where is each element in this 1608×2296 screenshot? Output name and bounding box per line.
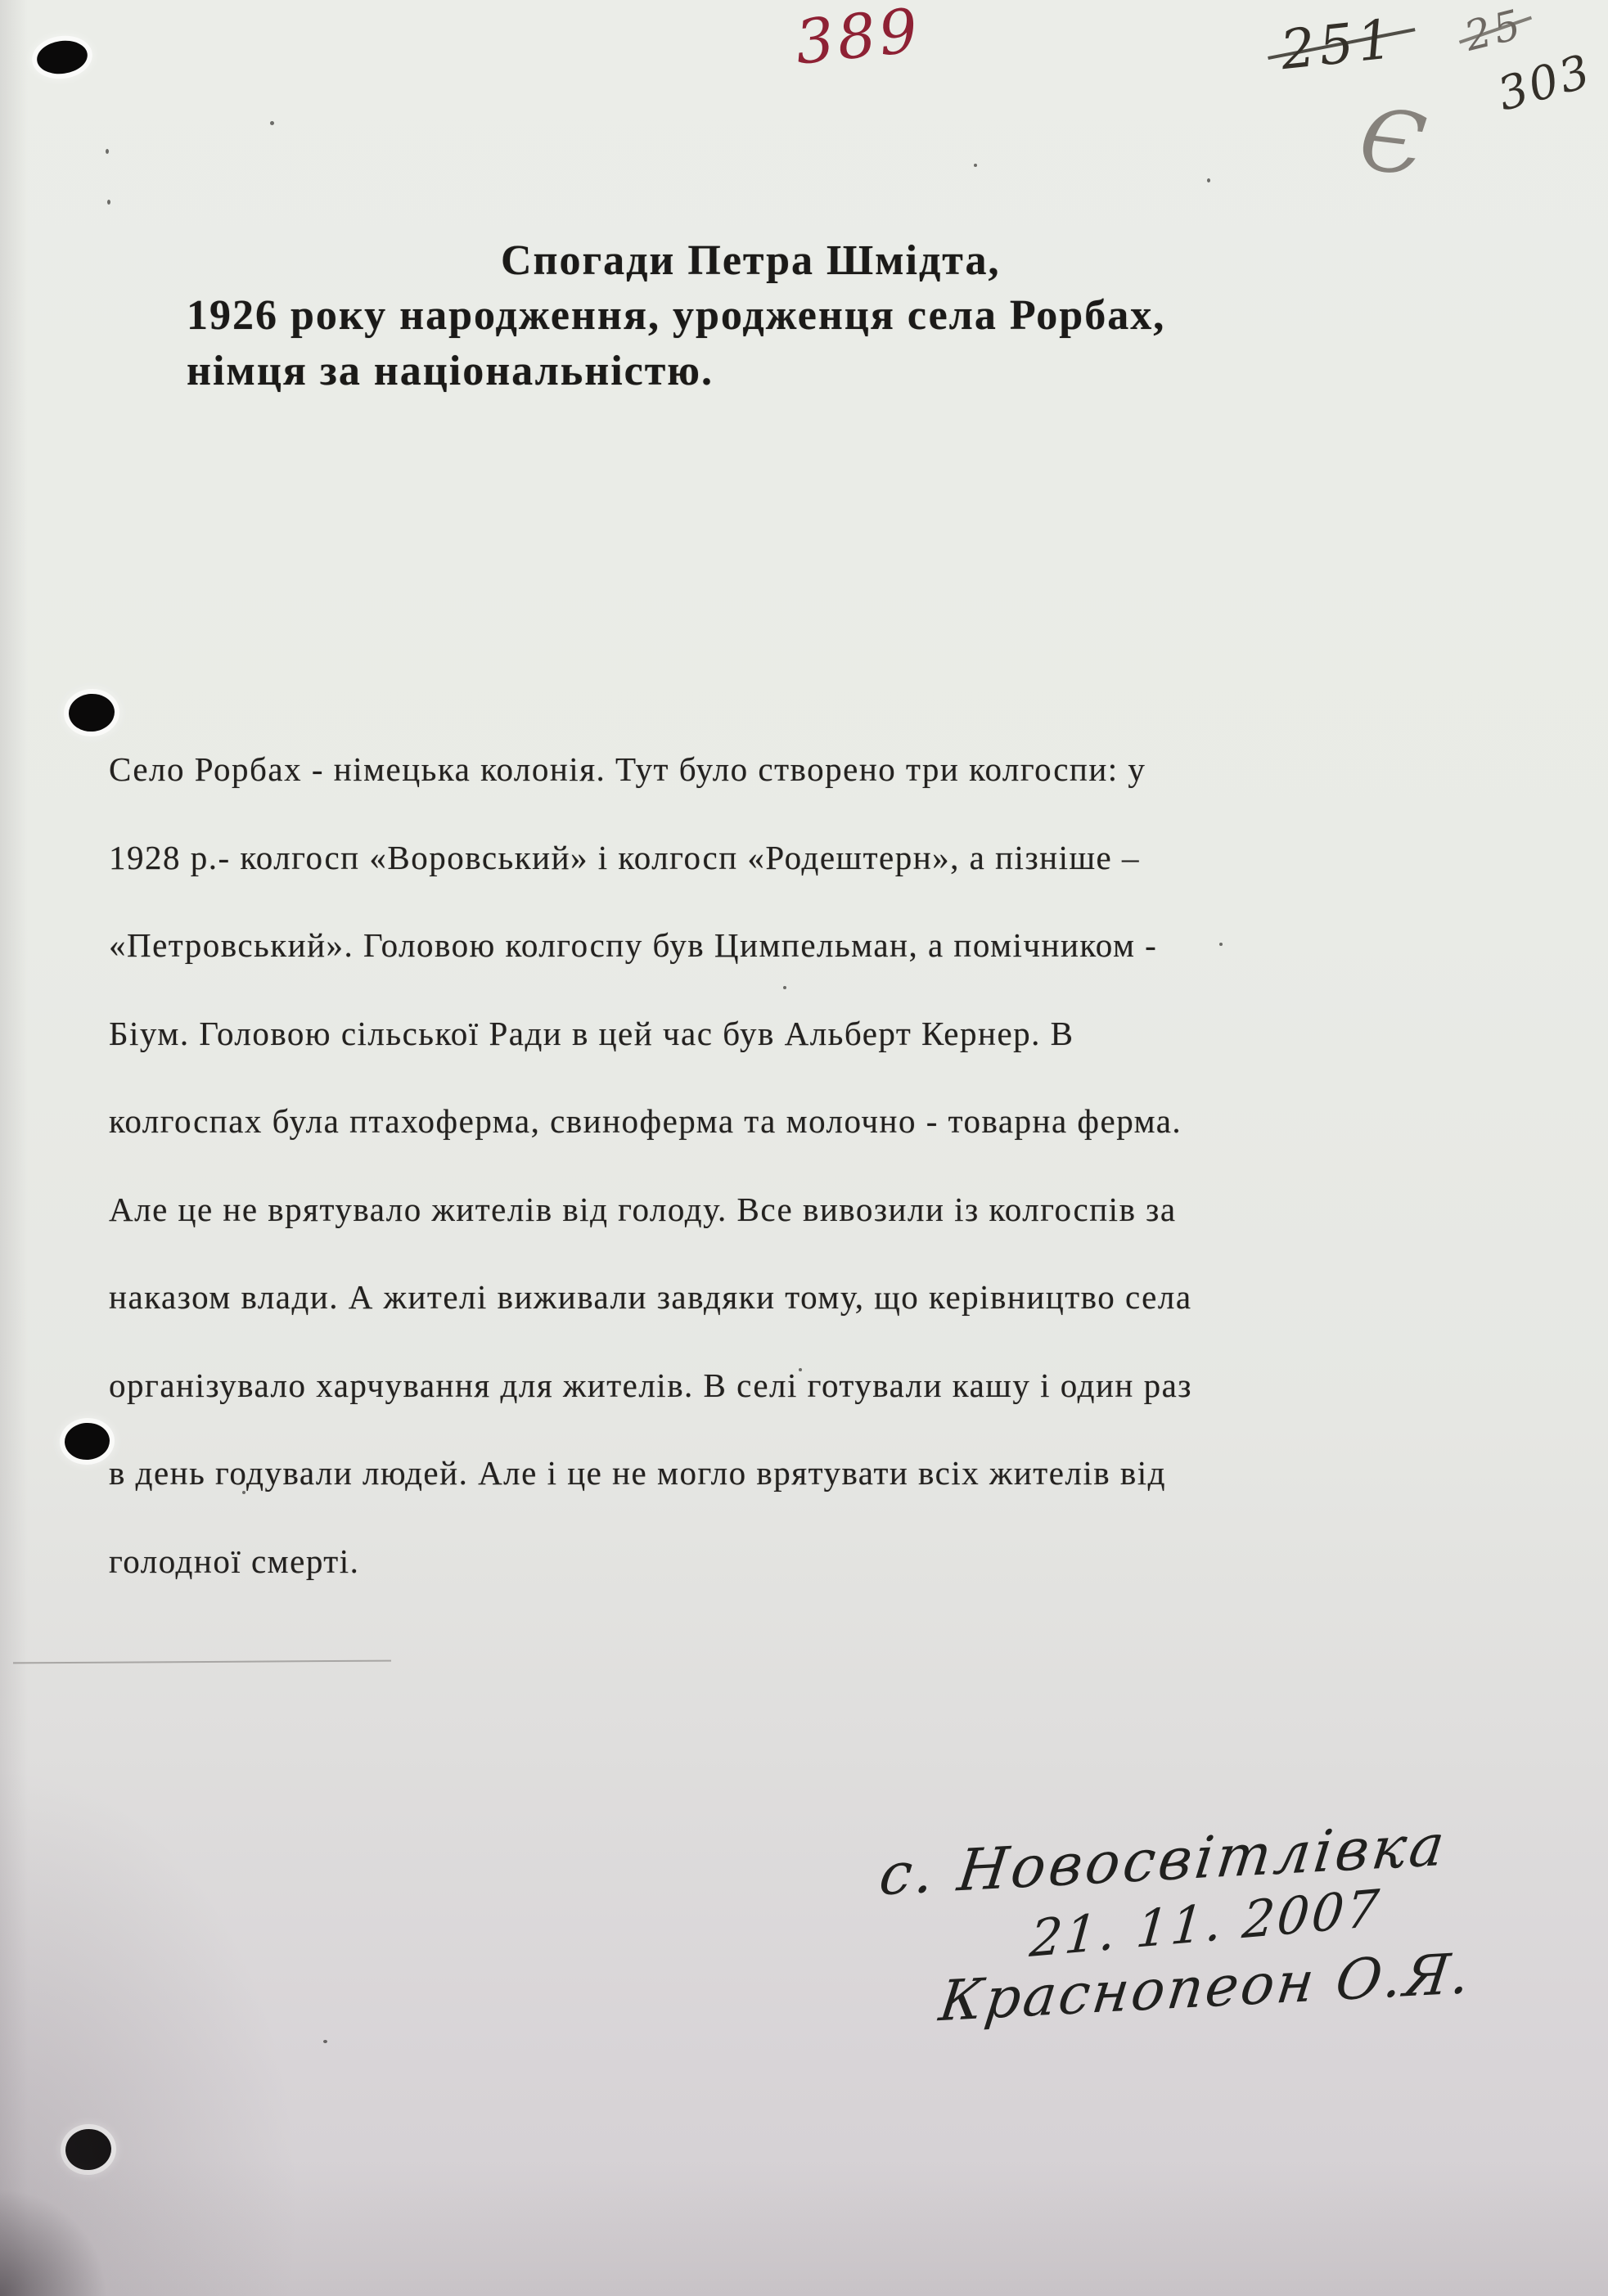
body-line: голодної смерті. — [109, 1545, 359, 1578]
punch-hole — [67, 692, 115, 733]
dust-speck — [106, 149, 109, 154]
handwritten-page-number-red: 389 — [793, 0, 924, 74]
dust-speck — [107, 200, 110, 205]
body-line: Село Рорбах - німецька колонія. Тут було… — [109, 753, 1146, 786]
document-title-line-1: Спогади Петра Шмідта, — [501, 240, 1000, 282]
faint-pencil-line — [13, 1660, 391, 1664]
dust-speck — [242, 1491, 245, 1494]
dust-speck — [1219, 943, 1223, 946]
punch-hole — [63, 1421, 110, 1461]
body-line: 1928 р.- колгосп «Воровський» і колгосп … — [109, 841, 1140, 875]
document-title-line-3: німця за національністю. — [187, 350, 714, 393]
dust-speck — [1207, 178, 1210, 182]
dust-speck — [270, 121, 274, 125]
dust-speck — [783, 986, 786, 989]
body-line: колгоспах була птахоферма, свиноферма та… — [109, 1105, 1182, 1138]
body-line: організувало харчування для жителів. В с… — [109, 1369, 1192, 1402]
body-line: Біум. Головою сільської Ради в цей час б… — [109, 1017, 1074, 1051]
body-line: в день годували людей. Але і це не могло… — [109, 1456, 1166, 1490]
handwritten-number-251-struck: 251 — [1278, 12, 1399, 78]
dust-speck — [974, 164, 977, 167]
dust-speck — [799, 1368, 802, 1371]
punch-hole — [64, 2127, 114, 2172]
handwritten-number-25-struck: 25 — [1461, 3, 1528, 57]
body-line: Але це не врятувало жителів від голоду. … — [109, 1193, 1177, 1227]
signature-name-line: Краснопеон О.Я. — [936, 1947, 1475, 2031]
scanned-document-page: 389 251 25 303 Є Спогади Петра Шмідта, 1… — [0, 0, 1608, 2296]
document-title-line-2: 1926 року народження, уродженця села Рор… — [187, 295, 1165, 337]
pencil-letter-mark: Є — [1355, 97, 1430, 189]
punch-hole — [35, 38, 90, 77]
body-line: наказом влади. А жителі виживали завдяки… — [109, 1281, 1192, 1314]
body-line: «Петровський». Головою колгоспу був Цимп… — [109, 929, 1157, 962]
handwritten-number-303: 303 — [1493, 48, 1597, 119]
dust-speck — [323, 2040, 327, 2043]
